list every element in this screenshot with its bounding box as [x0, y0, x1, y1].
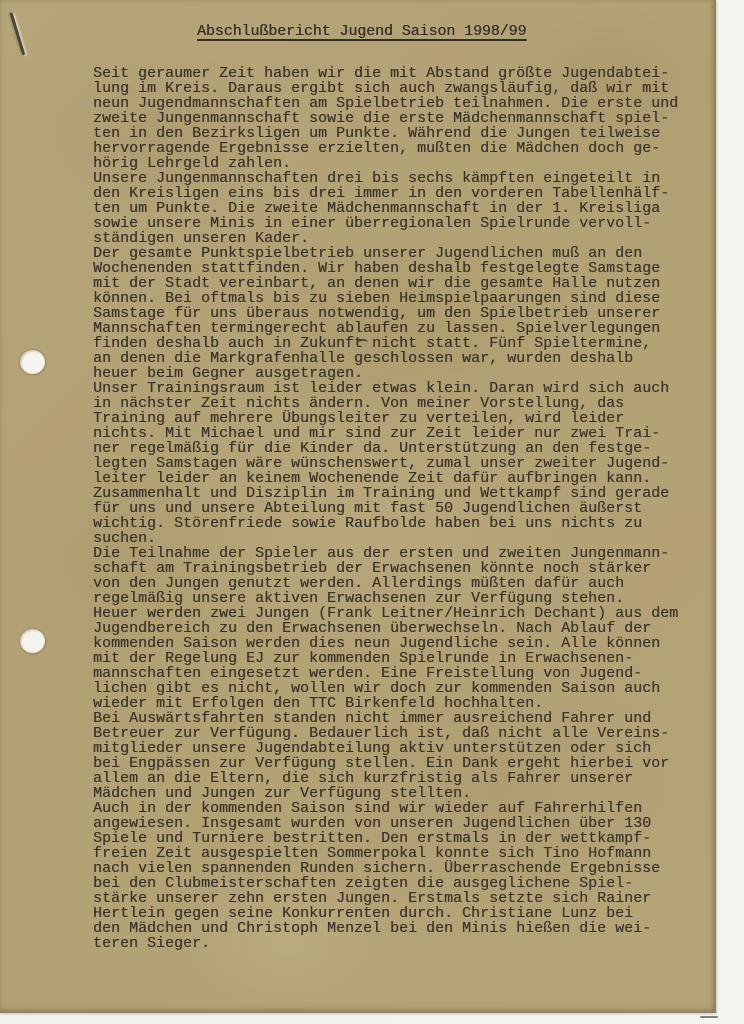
body-text-line: Auch in der kommenden Saison sind wir wi… [93, 801, 678, 816]
body-text-line: regelmäßig unsere aktiven Erwachsenen zu… [93, 591, 678, 606]
body-text-line: lichen gibt es nicht, wollen wir doch zu… [93, 681, 678, 696]
body-text-line: Unsere Jungenmannschaften drei bis sechs… [93, 171, 678, 186]
body-text-line: nichts. Mit Michael und mir sind zur Zei… [93, 426, 678, 441]
body-text-line: nach vielen spannenden Runden sichern. Ü… [93, 861, 678, 876]
body-text-line: Betreuer zur Verfügung. Bedauerlich ist,… [93, 726, 678, 741]
scanner-background: Abschlußbericht Jugend Saison 1998/99 Se… [0, 0, 744, 1024]
body-text-line: mit der Stadt vereinbart, an denen wir d… [93, 276, 678, 291]
body-text-line: Hertlein gegen seine Konkurrenten durch.… [93, 906, 678, 921]
scan-speck [700, 1016, 718, 1018]
body-text-line: Der gesamte Punktspielbetrieb unserer Ju… [93, 246, 678, 261]
body-text-line: Die Teilnahme der Spieler aus der ersten… [93, 546, 678, 561]
body-text-line: Heuer werden zwei Jungen (Frank Leitner/… [93, 606, 678, 621]
body-text-line: freien Zeit ausgespielten Sommerpokal ko… [93, 846, 678, 861]
body-text-line: angewiesen. Insgesamt wurden von unseren… [93, 816, 678, 831]
body-text-line: Spiele und Turniere bestritten. Den erst… [93, 831, 678, 846]
body-text-line: mitglieder unsere Jugendabteilung aktiv … [93, 741, 678, 756]
body-text-line: allem an die Eltern, die sich kurzfristi… [93, 771, 678, 786]
body-text-line: kommenden Saison werden dies neun Jugend… [93, 636, 678, 651]
body-text-line: zweite Jungenmannschaft sowie die erste … [93, 111, 678, 126]
body-text-line: für uns und unsere Abteilung mit fast 50… [93, 501, 678, 516]
body-text-line: lung im Kreis. Daraus ergibt sich auch z… [93, 81, 678, 96]
body-text-line: heuer beim Gegner ausgetragen. [93, 366, 678, 381]
document-body: Seit geraumer Zeit haben wir die mit Abs… [93, 66, 678, 951]
body-text-line: den Kreisligen eins bis drei immer in de… [93, 186, 678, 201]
body-text-line: Samstage für uns überaus notwendig, um d… [93, 306, 678, 321]
body-text-line: schaft am Trainingsbetrieb der Erwachsen… [93, 561, 678, 576]
body-text-line: ner regelmäßig für die Kinder da. Unters… [93, 441, 678, 456]
punch-hole-bottom [20, 629, 45, 653]
body-text-line: neun Jugendmannschaften am Spielbetrieb … [93, 96, 678, 111]
body-text-line: legten Samstagen wäre wünschenswert, zum… [93, 456, 678, 471]
body-text-line: suchen. [93, 531, 678, 546]
body-text-line: können. Bei oftmals bis zu sieben Heimsp… [93, 291, 678, 306]
body-text-line: ten in den Bezirksligen um Punkte. Währe… [93, 126, 678, 141]
body-text-line: mit der Regelung EJ zur kommenden Spielr… [93, 651, 678, 666]
body-text-line: Seit geraumer Zeit haben wir die mit Abs… [93, 66, 678, 81]
body-text-line: Mannschaften termingerecht ablaufen zu l… [93, 321, 678, 336]
body-text-line: ten um Punkte. Die zweite Mädchenmannsch… [93, 201, 678, 216]
body-text-line: Zusammenhalt und Disziplin im Training u… [93, 486, 678, 501]
body-text-line: Wochenenden stattfinden. Wir haben desha… [93, 261, 678, 276]
document-page: Abschlußbericht Jugend Saison 1998/99 Se… [0, 0, 716, 1013]
body-text-line: Mädchen und Jungen zur Verfügung stellte… [93, 786, 678, 801]
body-text-line: an denen die Markgrafenhalle geschlossen… [93, 351, 678, 366]
body-text-line: stärke unserer zehn ersten Jungen. Erstm… [93, 891, 678, 906]
body-text-line: ständigen unseren Kader. [93, 231, 678, 246]
body-text-line: sowie unsere Minis in einer überregional… [93, 216, 678, 231]
body-text-line: in nächster Zeit nichts ändern. Von mein… [93, 396, 678, 411]
body-text-line: teren Sieger. [93, 936, 678, 951]
body-text-line: Unser Trainingsraum ist leider etwas kle… [93, 381, 678, 396]
body-text-line: hörig Lehrgeld zahlen. [93, 156, 678, 171]
body-text-line: Bei Auswärtsfahrten standen nicht immer … [93, 711, 678, 726]
body-text-line: hervorragende Ergebnisse erzielten, mußt… [93, 141, 678, 156]
body-text-line: wieder mit Erfolgen den TTC Birkenfeld h… [93, 696, 678, 711]
body-text-line: mannschaften eingesetzt werden. Eine Fre… [93, 666, 678, 681]
document-title: Abschlußbericht Jugend Saison 1998/99 [197, 23, 526, 40]
body-text-line: den Mädchen und Christoph Menzel bei den… [93, 921, 678, 936]
body-text-line: wichtig. Störenfriede sowie Raufbolde ha… [93, 516, 678, 531]
body-text-line: bei den Clubmeisterschaften zeigten die … [93, 876, 678, 891]
body-text-line: leiter leider an keinem Wochenende Zeit … [93, 471, 678, 486]
ink-smudge [357, 339, 368, 345]
staple-mark [10, 13, 25, 56]
body-text-line: Jugendbereich zu den Erwachsenen überwec… [93, 621, 678, 636]
body-text-line: finden deshalb auch in Zukunft nicht sta… [93, 336, 678, 351]
body-text-line: Training auf mehrere Übungsleiter zu ver… [93, 411, 678, 426]
body-text-line: bei Engpässen zur Verfügung stellen. Ein… [93, 756, 678, 771]
punch-hole-top [20, 350, 45, 374]
body-text-line: von den Jungen genutzt werden. Allerding… [93, 576, 678, 591]
